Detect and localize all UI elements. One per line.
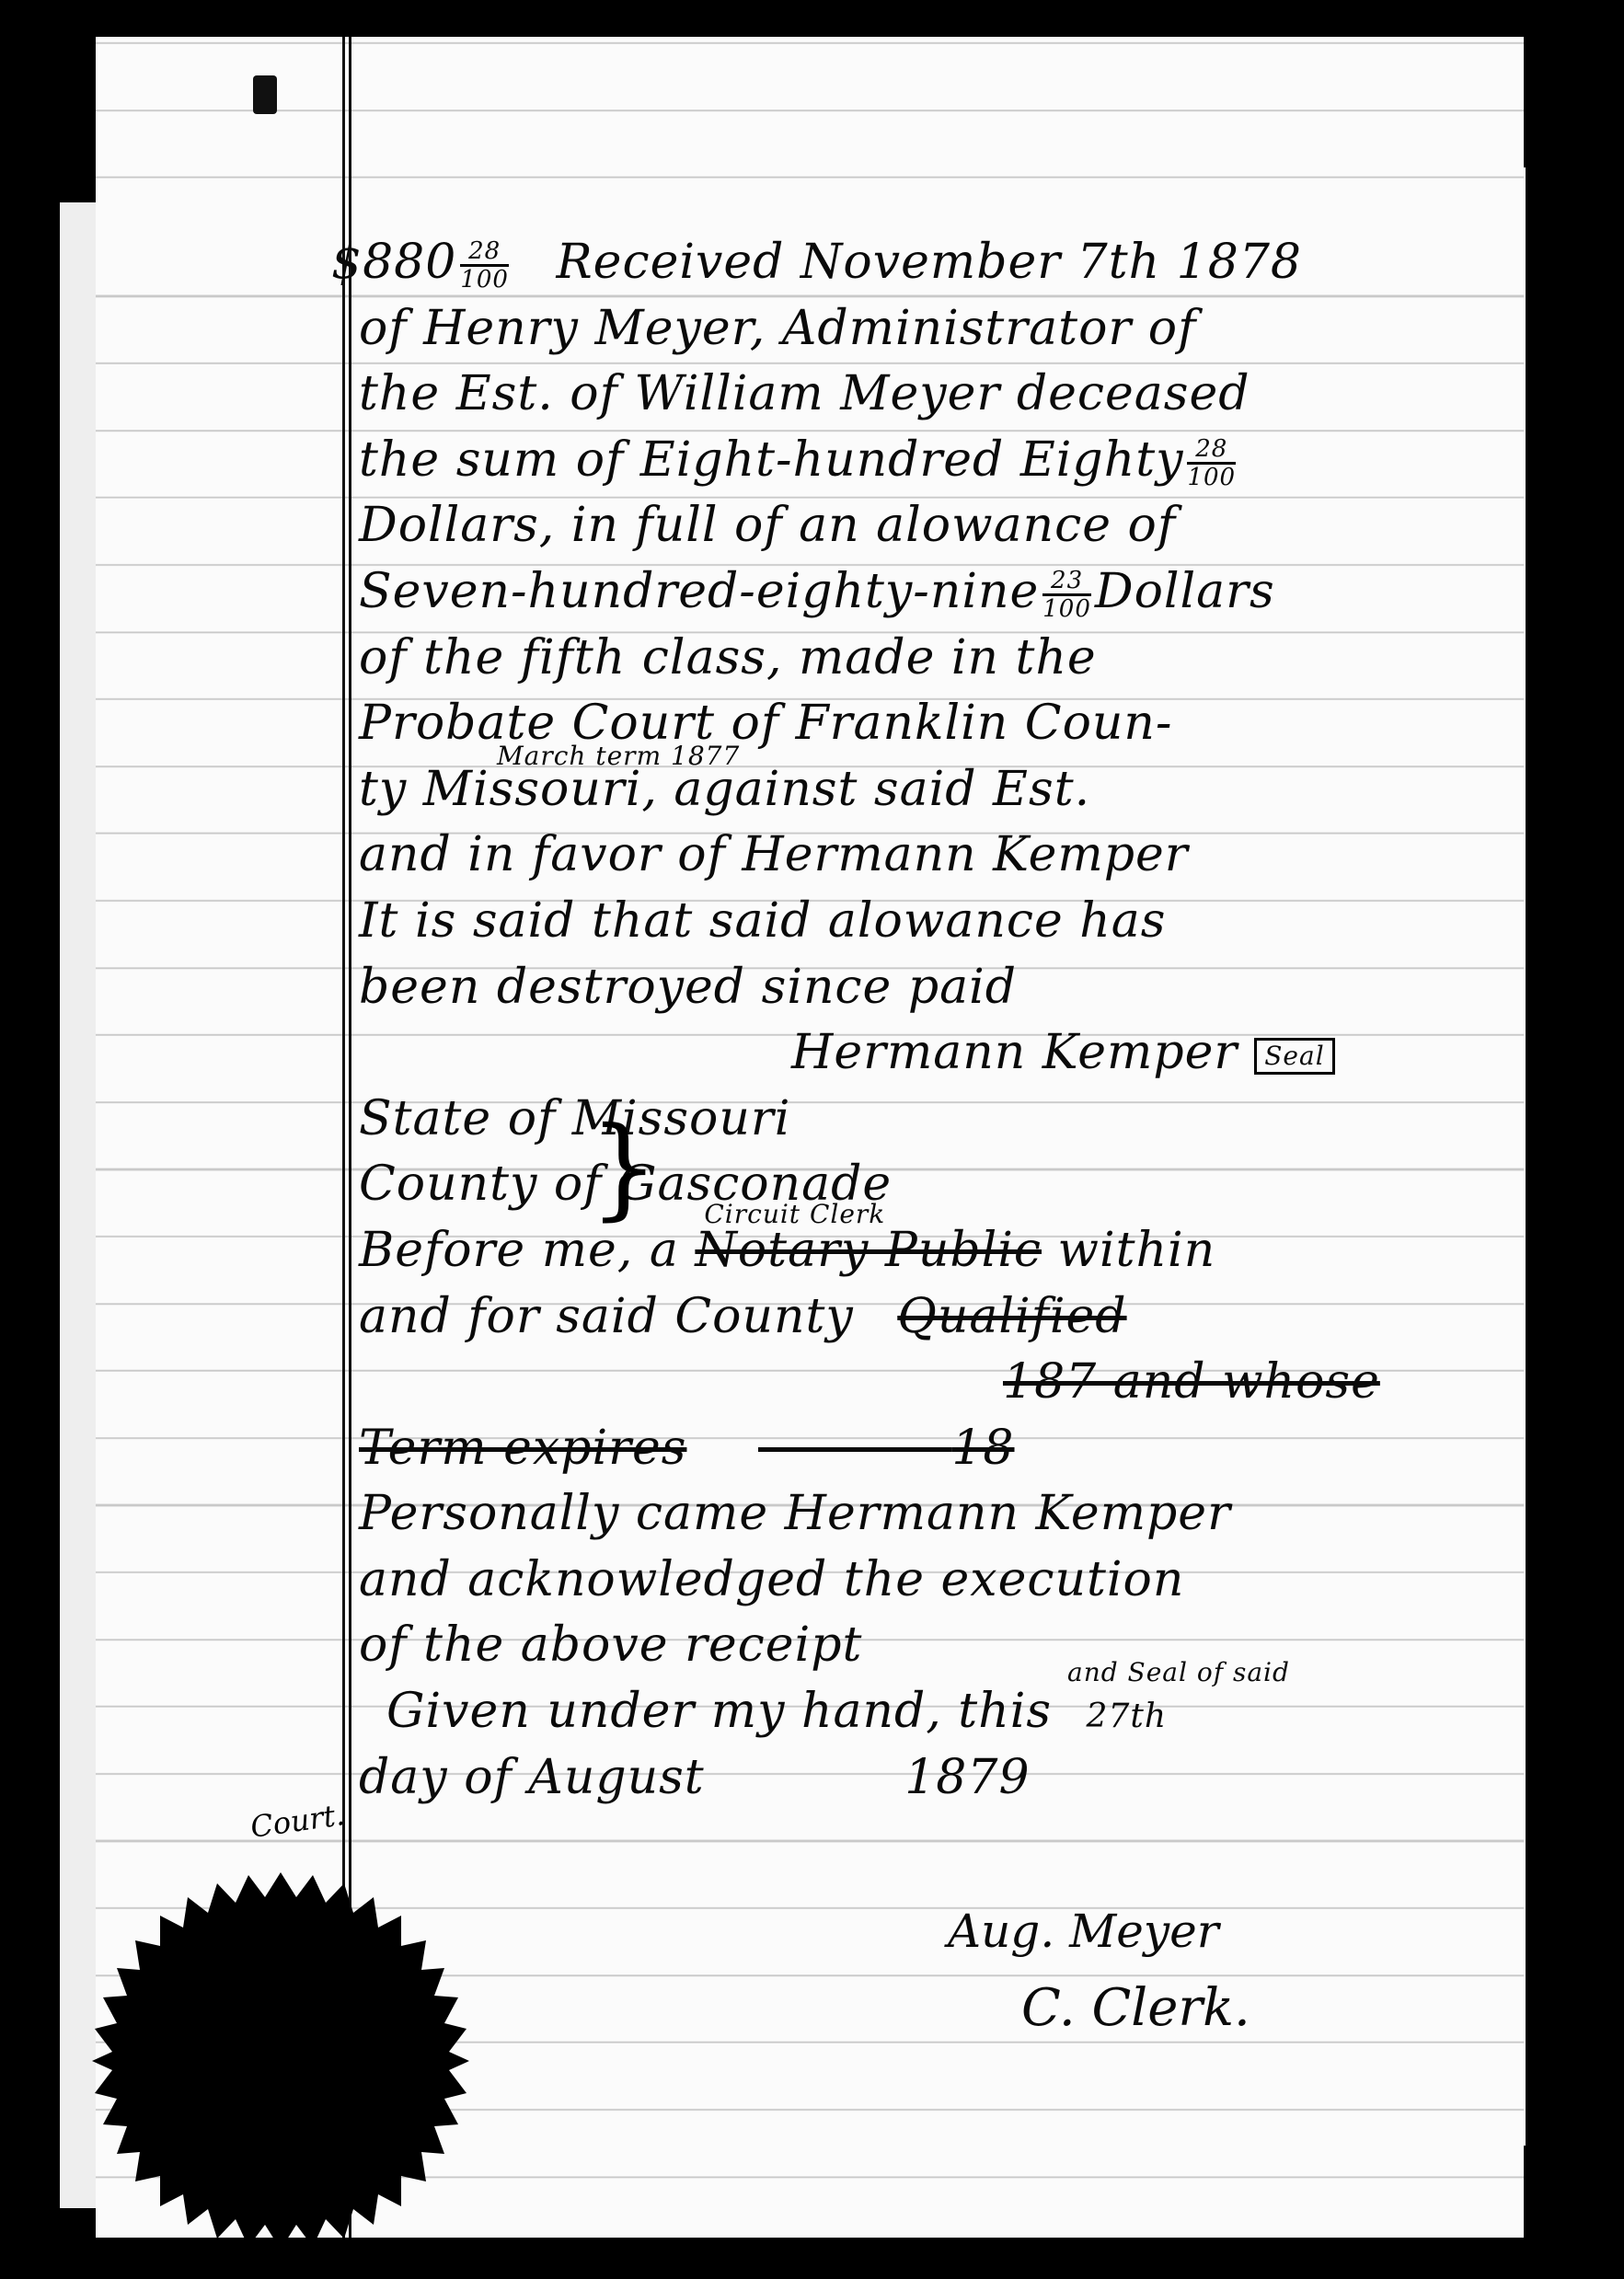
seal-starburst-icon	[87, 1868, 474, 2254]
struck-year-line: 187 and whose	[359, 1350, 1509, 1416]
receipt-line: Seven-hundred-eighty-nine23100Dollars	[359, 559, 1509, 626]
clerk-name: Aug. Meyer	[948, 1905, 1219, 1958]
inserted-title: Circuit Clerk	[704, 1201, 885, 1228]
county-line: and for said County Qualified	[359, 1284, 1509, 1351]
receipt-line: been destroyed since paid	[359, 955, 1509, 1021]
cents-fraction: 28100	[1187, 436, 1236, 490]
date-line: day of August 1879	[359, 1745, 1509, 1812]
interlinear-seal: and Seal of said	[1067, 1659, 1290, 1686]
year: 1879	[904, 1750, 1030, 1805]
before-me-line: Before me, a Circuit Clerk Notary Public…	[359, 1218, 1509, 1284]
given-under-line: and Seal of said Given under my hand, th…	[359, 1679, 1509, 1745]
cents-fraction: 23100	[1042, 568, 1091, 622]
header-line: $88028100 Received November 7th 1878	[331, 230, 1509, 296]
receipt-line: March term 1877 ty Missouri, against sai…	[359, 757, 1509, 823]
notary-seal-icon	[87, 1868, 474, 2254]
receipt-line: of the fifth class, made in the	[359, 626, 1509, 692]
receipt-line: It is said that said alowance has	[359, 889, 1509, 955]
receipt-line: the Est. of William Meyer deceased	[359, 362, 1509, 428]
acknowledged-line: and acknowledged the execution	[359, 1548, 1509, 1614]
receipt-line: of Henry Meyer, Administrator of	[359, 296, 1509, 363]
struck-qualified: Qualified	[897, 1289, 1126, 1344]
struck-term-year: 18	[758, 1421, 1015, 1476]
seal-box: Seal	[1254, 1038, 1334, 1075]
signer-line: Hermann KemperSeal	[359, 1020, 1509, 1087]
struck-term: Term expires	[359, 1421, 686, 1476]
struck-title: Notary Public	[695, 1223, 1042, 1278]
personally-came-line: Personally came Hermann Kemper	[359, 1481, 1509, 1548]
interlinear-march-term: March term 1877	[497, 742, 740, 770]
day-number: 27th	[1087, 1698, 1167, 1735]
received-date: Received November 7th 1878	[557, 235, 1302, 290]
receipt-line: and in favor of Hermann Kemper	[359, 823, 1509, 889]
venue-county: County of Gasconade	[359, 1152, 1509, 1218]
clerk-title: C. Clerk.	[1021, 1978, 1250, 2038]
receipt-line: the sum of Eight-hundred Eighty28100	[359, 428, 1509, 494]
term-line: Term expires 18	[359, 1416, 1509, 1482]
document-body: $88028100 Received November 7th 1878 of …	[359, 230, 1509, 1811]
amount-cents: 28100	[460, 238, 509, 293]
ink-blot	[253, 75, 277, 114]
amount-prefix: $880	[331, 235, 456, 290]
venue-state: State of Missouri	[359, 1087, 1509, 1153]
venue-brace: }	[589, 1141, 659, 1196]
receipt-line: Dollars, in full of an alowance of	[359, 493, 1509, 559]
signer-name: Hermann Kemper	[791, 1025, 1238, 1080]
receipt-reference-line: of the above receipt	[359, 1613, 1509, 1679]
